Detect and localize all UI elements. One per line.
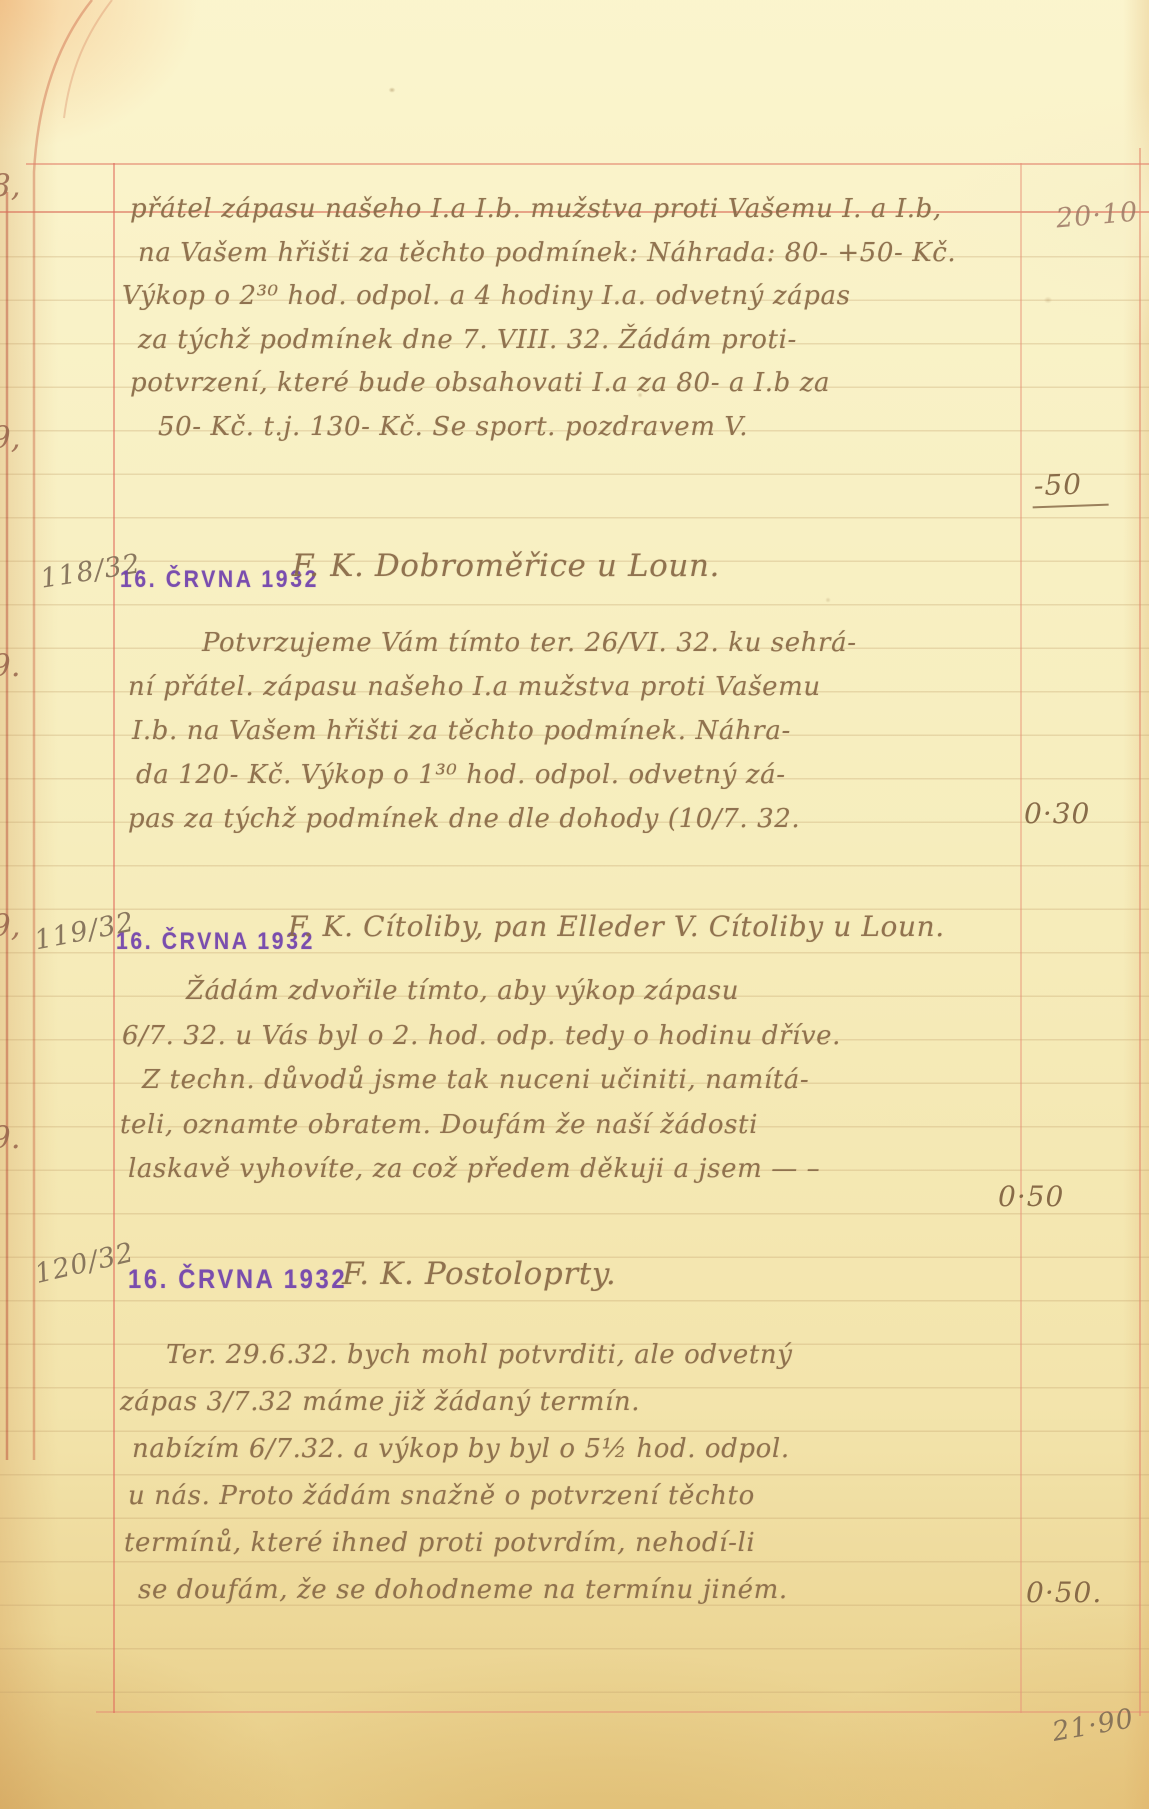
entry-paragraph: Ter. 29.6.32. bych mohl potvrditi, ale o… xyxy=(118,1340,1023,1622)
handwritten-line: Výkop o 2³⁰ hod. odpol. a 4 hodiny I.a. … xyxy=(118,281,1023,325)
handwritten-line: přátel zápasu našeho I.a I.b. mužstva pr… xyxy=(118,194,1023,238)
handwritten-line: da 120- Kč. Výkop o 1³⁰ hod. odpol. odve… xyxy=(118,760,1023,804)
handwritten-line: na Vašem hřišti za těchto podmínek: Náhr… xyxy=(118,238,1023,282)
opening-paragraph: přátel zápasu našeho I.a I.b. mužstva pr… xyxy=(118,194,1023,456)
amount-value: -50 xyxy=(1031,467,1108,509)
handwritten-line: Potvrzujeme Vám tímto ter. 26/VI. 32. ku… xyxy=(118,628,1023,672)
handwritten-line: Ter. 29.6.32. bych mohl potvrditi, ale o… xyxy=(118,1340,1023,1387)
handwritten-line: zápas 3/7.32 máme již žádaný termín. xyxy=(118,1387,1023,1434)
margin-mark-5: 9. xyxy=(0,1120,21,1156)
date-stamp: 16. ČRVNA 1932 xyxy=(116,928,315,956)
top-rule-upper xyxy=(26,163,1149,165)
amount-value: 0·50. xyxy=(1026,1576,1102,1609)
margin-mark-4: 9, xyxy=(0,908,21,944)
ledger-page: 8, 9, 9. 9, 9. 20·10 přátel zápasu našeh… xyxy=(0,0,1149,1809)
right-edge-rule xyxy=(1139,148,1141,1716)
entry-title: F. K. Postoloprty. xyxy=(342,1256,616,1292)
handwritten-line: Žádám zdvořile tímto, aby výkop zápasu xyxy=(118,976,1023,1021)
entry-paragraph: Potvrzujeme Vám tímto ter. 26/VI. 32. ku… xyxy=(118,628,1023,848)
pencil-total-bottom: 21·90 xyxy=(1050,1703,1136,1748)
handwritten-line: potvrzení, které bude obsahovati I.a za … xyxy=(118,368,1023,412)
handwritten-line: se doufám, že se dohodneme na termínu ji… xyxy=(118,1575,1023,1622)
pencil-total-top: 20·10 xyxy=(1055,196,1140,234)
entry-paragraph: Žádám zdvořile tímto, aby výkop zápasu 6… xyxy=(118,976,1023,1199)
handwritten-line: nabízím 6/7.32. a výkop by byl o 5½ hod.… xyxy=(118,1434,1023,1481)
handwritten-line: teli, oznamte obratem. Doufám že naší žá… xyxy=(118,1110,1023,1155)
handwritten-line: 6/7. 32. u Vás byl o 2. hod. odp. tedy o… xyxy=(118,1021,1023,1066)
amount-value: 0·50 xyxy=(998,1180,1064,1213)
amount-value: 0·30 xyxy=(1024,797,1090,830)
handwritten-line: 50- Kč. t.j. 130- Kč. Se sport. pozdrave… xyxy=(118,412,1023,456)
entry-title: F. K. Dobroměřice u Loun. xyxy=(292,548,720,584)
handwritten-line: Z techn. důvodů jsme tak nuceni učiniti,… xyxy=(118,1065,1023,1110)
bottom-rule xyxy=(96,1711,1149,1713)
handwritten-line: ní přátel. zápasu našeho I.a mužstva pro… xyxy=(118,672,1023,716)
handwritten-line: u nás. Proto žádám snažně o potvrzení tě… xyxy=(118,1481,1023,1528)
handwritten-line: za týchž podmínek dne 7. VIII. 32. Žádám… xyxy=(118,325,1023,369)
margin-mark-1: 8, xyxy=(0,168,21,204)
entry-title: F. K. Cítoliby, pan Elleder V. Cítoliby … xyxy=(288,910,945,943)
date-stamp: 16. ČRVNA 1932 xyxy=(128,1264,347,1295)
handwritten-line: pas za týchž podmínek dne dle dohody (10… xyxy=(118,804,1023,848)
date-stamp: 16. ČRVNA 1932 xyxy=(120,566,319,594)
margin-mark-3: 9. xyxy=(0,648,21,684)
handwritten-line: termínů, které ihned proti potvrdím, neh… xyxy=(118,1528,1023,1575)
handwritten-line: I.b. na Vašem hřišti za těchto podmínek.… xyxy=(118,716,1023,760)
handwritten-line: laskavě vyhovíte, za což předem děkuji a… xyxy=(118,1154,1023,1199)
margin-mark-2: 9, xyxy=(0,420,21,456)
